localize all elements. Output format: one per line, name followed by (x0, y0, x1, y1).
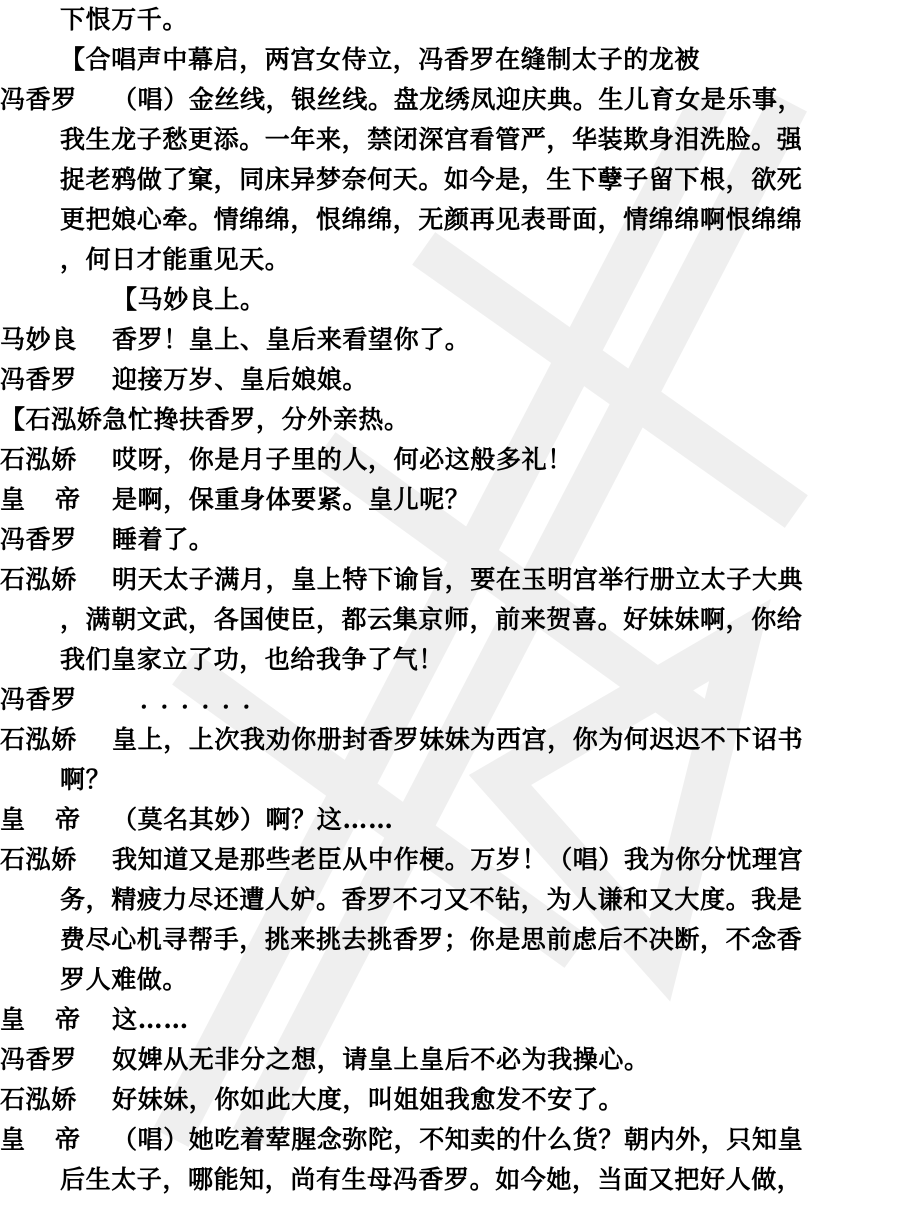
continuation-line: 更把娘心牵。情绵绵，恨绵绵，无颜再见表哥面，情绵绵啊恨绵绵 (60, 200, 802, 240)
speaker-name: 石泓娇 (0, 720, 77, 760)
speaker-name: 冯香罗 (0, 1040, 77, 1080)
speaker-name: 石泓娇 (0, 1080, 77, 1120)
speaker-name: 冯香罗 (0, 360, 77, 400)
dialogue-line: 冯香罗 (0, 80, 77, 120)
speaker-name: 石泓娇 (0, 440, 77, 480)
dialogue-text: 香罗！皇上、皇后来看望你了。 (112, 320, 470, 360)
dialogue-text: 睡着了。 (112, 520, 214, 560)
continuation-line: 费尽心机寻帮手，挑来挑去挑香罗；你是思前虑后不决断，不念香 (60, 920, 802, 960)
dialogue-text: 哎呀，你是月子里的人，何必这般多礼！ (112, 440, 573, 480)
stage-direction: 【合唱声中幕启，两宫女侍立，冯香罗在缝制太子的龙被 (60, 40, 700, 80)
stage-direction: 【马妙良上。 (112, 280, 266, 320)
dialogue-text: （唱）她吃着荤腥念弥陀，不知卖的什么货？朝内外，只知皇 (112, 1120, 803, 1160)
dialogue-text: （唱）金丝线，银丝线。盘龙绣凤迎庆典。生儿育女是乐事， (112, 80, 803, 120)
speaker-name: 皇帝 (0, 480, 110, 520)
stage-direction: 【石泓娇急忙搀扶香罗，分外亲热。 (0, 400, 410, 440)
speaker-name: 石泓娇 (0, 840, 77, 880)
continuation-line: 我们皇家立了功，也给我争了气！ (60, 640, 444, 680)
continuation-line: 后生太子，哪能知，尚有生母冯香罗。如今她，当面又把好人做， (60, 1160, 802, 1200)
dialogue-text: 我知道又是那些老臣从中作梗。万岁！（唱）我为你分忧理宫 (112, 840, 803, 880)
dialogue-text: 明天太子满月，皇上特下谕旨，要在玉明宫举行册立太子大典 (112, 560, 803, 600)
dialogue-text: 奴婢从无非分之想，请皇上皇后不必为我操心。 (112, 1040, 650, 1080)
dialogue-text: （莫名其妙）啊？这…… (112, 800, 394, 840)
continuation-line: 捉老鸦做了窠，同床异梦奈何天。如今是，生下孽子留下根，欲死 (60, 160, 802, 200)
speaker-name: 冯香罗 (0, 520, 77, 560)
dialogue-text: 皇上，上次我劝你册封香罗妹妹为西宫，你为何迟迟不下诏书 (112, 720, 803, 760)
continuation-line: ，何日才能重见天。 (60, 240, 290, 280)
dialogue-text: 好妹妹，你如此大度，叫姐姐我愈发不安了。 (112, 1080, 624, 1120)
dialogue-text: 这…… (112, 1000, 189, 1040)
speaker-name: 皇帝 (0, 1120, 110, 1160)
script-line: 下恨万千。 (60, 0, 188, 40)
speaker-name: 皇帝 (0, 800, 110, 840)
dialogue-text: 是啊，保重身体要紧。皇儿呢？ (112, 480, 470, 520)
dialogue-text: 迎接万岁、皇后娘娘。 (112, 360, 368, 400)
continuation-line: 啊？ (60, 760, 111, 800)
continuation-line: ，满朝文武，各国使臣，都云集京师，前来贺喜。好妹妹啊，你给 (60, 600, 802, 640)
dialogue-text: ．．．．．． (140, 680, 276, 720)
speaker-name: 冯香罗 (0, 85, 77, 114)
speaker-name: 冯香罗 (0, 680, 77, 720)
continuation-line: 务，精疲力尽还遭人妒。香罗不刁又不钻，为人谦和又大度。我是 (60, 880, 802, 920)
continuation-line: 罗人难做。 (60, 960, 188, 1000)
speaker-name: 马妙良 (0, 320, 77, 360)
continuation-line: 我生龙子愁更添。一年来，禁闭深宫看管严，华装欺身泪洗脸。强 (60, 120, 802, 160)
speaker-name: 石泓娇 (0, 560, 77, 600)
speaker-name: 皇帝 (0, 1000, 110, 1040)
